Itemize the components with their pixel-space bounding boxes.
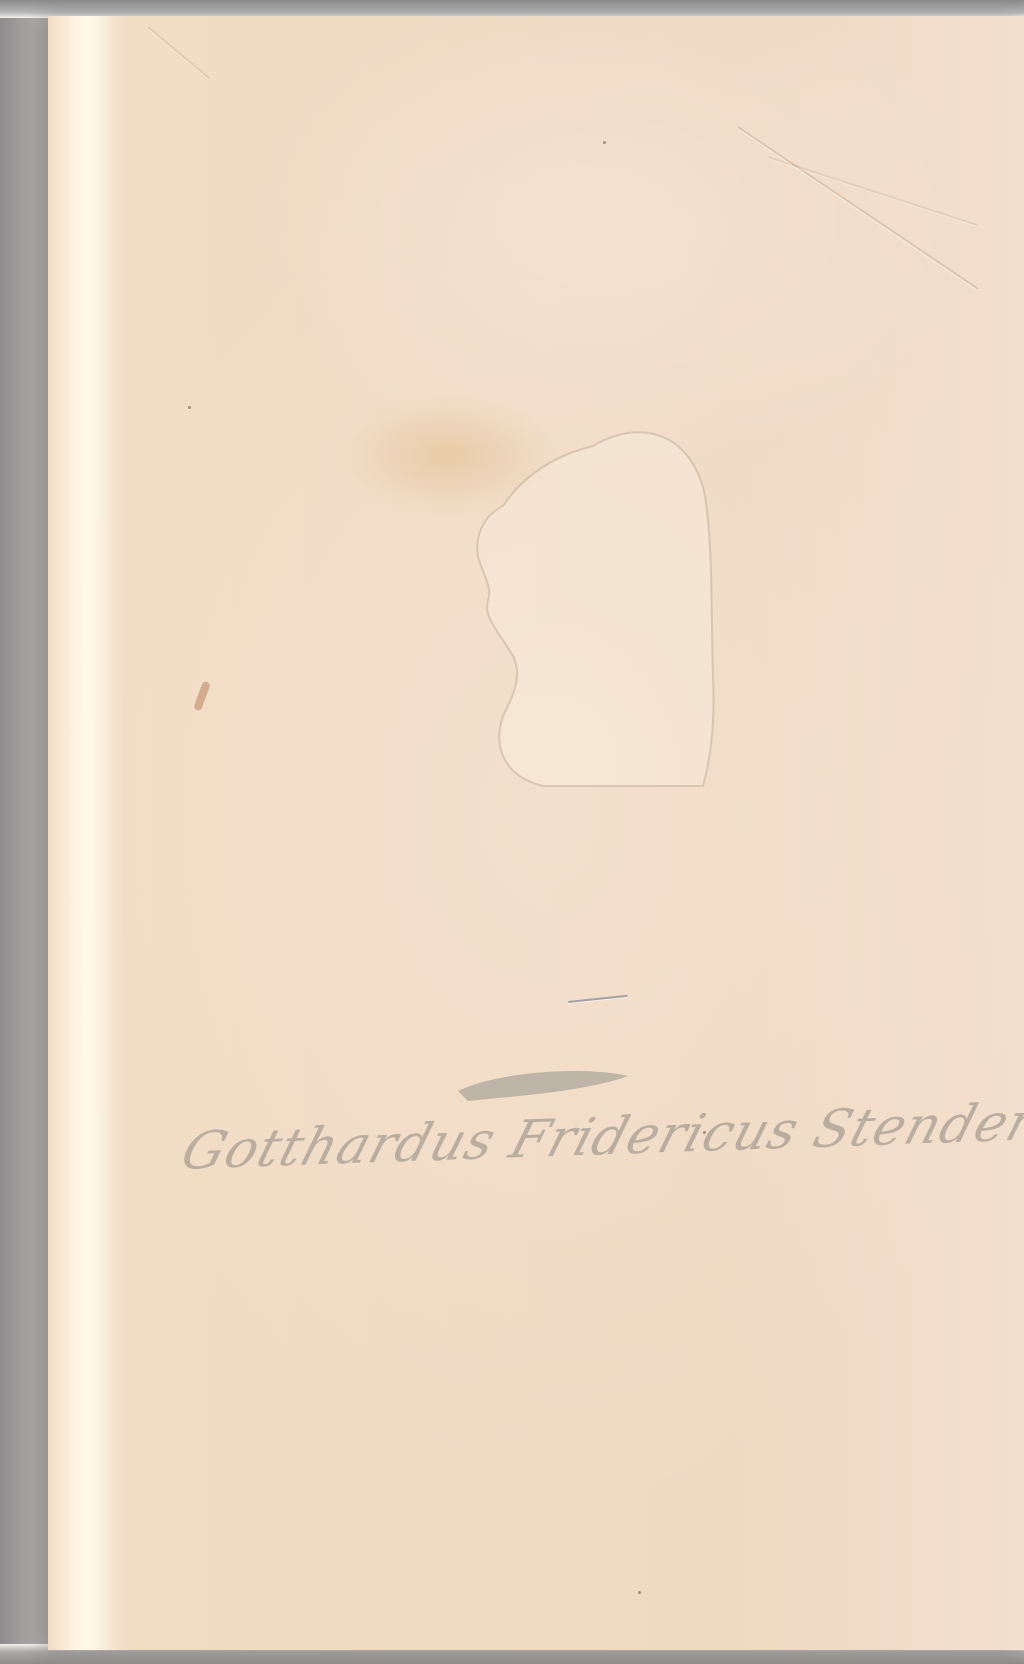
crease-top-right-secondary <box>768 156 978 226</box>
crease-top-left <box>147 26 210 79</box>
dust-jacket-back-cover: Gotthardus Fridericus Stender. <box>48 16 1024 1650</box>
speck <box>603 141 606 144</box>
rust-stain <box>193 681 211 712</box>
signature: Gotthardus Fridericus Stender. <box>168 1071 968 1181</box>
speck <box>188 406 191 409</box>
embossed-profile-silhouette <box>443 416 743 796</box>
speck <box>638 1591 641 1594</box>
scratch-mark <box>568 995 628 1003</box>
crease-top-right <box>737 126 979 290</box>
spine-fold-highlight <box>68 16 108 1650</box>
